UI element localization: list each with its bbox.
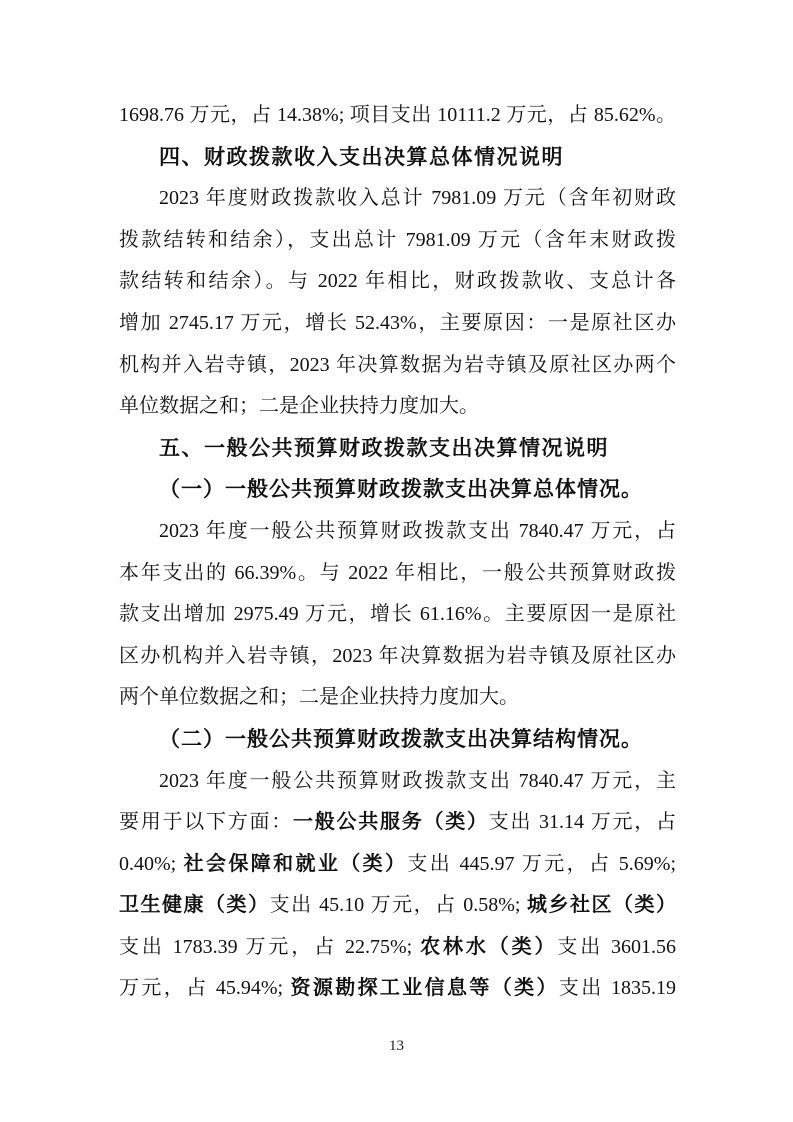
text-segment: 机构并入岩寺镇，2023 年决算数据为岩寺镇及原社区办两个 xyxy=(119,354,676,376)
text-segment: 2023 年度一般公共预算财政拨款支出 7840.47 万元，占 xyxy=(159,520,676,542)
text-line: 增加 2745.17 万元，增长 52.43%，主要原因：一是原社区办 xyxy=(119,303,676,345)
text-segment: 支出 1835.19 xyxy=(559,977,676,999)
text-segment: 0.40%; xyxy=(119,853,184,875)
document-body: 1698.76 万元，占 14.38%; 项目支出 10111.2 万元，占 8… xyxy=(119,95,676,1010)
text-line: 本年支出的 66.39%。与 2022 年相比，一般公共预算财政拨 xyxy=(119,553,676,595)
bold-term: 城乡社区（类） xyxy=(527,894,676,916)
text-line: 区办机构并入岩寺镇，2023 年决算数据为岩寺镇及原社区办 xyxy=(119,636,676,678)
text-line: 款支出增加 2975.49 万元，增长 61.16%。主要原因一是原社 xyxy=(119,594,676,636)
text-segment: 要用于以下方面： xyxy=(119,811,293,833)
text-line: 1698.76 万元，占 14.38%; 项目支出 10111.2 万元，占 8… xyxy=(119,95,676,137)
text-segment: 2023 年度一般公共预算财政拨款支出 7840.47 万元，主 xyxy=(159,770,676,792)
text-segment: 2023 年度财政拨款收入总计 7981.09 万元（含年初财政 xyxy=(159,187,676,209)
text-segment: 万元，占 45.94%; xyxy=(119,977,290,999)
text-segment: 单位数据之和；二是企业扶持力度加大。 xyxy=(119,395,479,417)
text-line: 0.40%; 社会保障和就业（类）支出 445.97 万元，占 5.69%; xyxy=(119,844,676,886)
text-line: 机构并入岩寺镇，2023 年决算数据为岩寺镇及原社区办两个 xyxy=(119,345,676,387)
text-segment: 支出 3601.56 xyxy=(557,936,676,958)
text-segment: 支出 31.14 万元，占 xyxy=(489,811,676,833)
text-segment: 支出 445.97 万元，占 5.69%; xyxy=(407,853,676,875)
page-number: 13 xyxy=(0,1038,793,1055)
text-segment: 拨款结转和结余），支出总计 7981.09 万元（含年末财政拨 xyxy=(119,229,676,251)
text-line: 2023 年度一般公共预算财政拨款支出 7840.47 万元，主 xyxy=(119,761,676,803)
bold-term: 社会保障和就业（类） xyxy=(184,853,408,875)
text-segment: 四、财政拨款收入支出决算总体情况说明 xyxy=(159,146,564,169)
bold-term: 一般公共服务（类） xyxy=(293,811,489,833)
text-segment: 1698.76 万元，占 14.38%; 项目支出 10111.2 万元，占 8… xyxy=(119,104,676,126)
text-segment: 支出 1783.39 万元，占 22.75%; xyxy=(119,936,420,958)
heading-line: （二）一般公共预算财政拨款支出决算结构情况。 xyxy=(119,719,676,761)
heading-line: 四、财政拨款收入支出决算总体情况说明 xyxy=(119,137,676,179)
text-segment: 本年支出的 66.39%。与 2022 年相比，一般公共预算财政拨 xyxy=(119,562,676,584)
text-line: 拨款结转和结余），支出总计 7981.09 万元（含年末财政拨 xyxy=(119,220,676,262)
text-segment: （二）一般公共预算财政拨款支出决算结构情况。 xyxy=(159,727,643,751)
heading-line: （一）一般公共预算财政拨款支出决算总体情况。 xyxy=(119,469,676,511)
text-segment: 五、一般公共预算财政拨款支出决算情况说明 xyxy=(159,437,609,460)
text-segment: 增加 2745.17 万元，增长 52.43%，主要原因：一是原社区办 xyxy=(119,312,676,334)
text-segment: 款结转和结余）。与 2022 年相比，财政拨款收、支总计各 xyxy=(119,270,676,292)
heading-line: 五、一般公共预算财政拨款支出决算情况说明 xyxy=(119,428,676,470)
text-line: 支出 1783.39 万元，占 22.75%; 农林水（类）支出 3601.56 xyxy=(119,927,676,969)
text-line: 要用于以下方面：一般公共服务（类）支出 31.14 万元，占 xyxy=(119,802,676,844)
bold-term: 农林水（类） xyxy=(420,936,557,958)
text-segment: 支出 45.10 万元，占 0.58%; xyxy=(270,894,527,916)
text-segment: 款支出增加 2975.49 万元，增长 61.16%。主要原因一是原社 xyxy=(119,603,676,625)
bold-term: 卫生健康（类） xyxy=(119,894,270,916)
text-line: 万元，占 45.94%; 资源勘探工业信息等（类）支出 1835.19 xyxy=(119,968,676,1010)
text-segment: 区办机构并入岩寺镇，2023 年决算数据为岩寺镇及原社区办 xyxy=(119,645,676,667)
text-line: 两个单位数据之和；二是企业扶持力度加大。 xyxy=(119,677,676,719)
text-line: 单位数据之和；二是企业扶持力度加大。 xyxy=(119,386,676,428)
text-segment: （一）一般公共预算财政拨款支出决算总体情况。 xyxy=(159,477,643,501)
document-page: 1698.76 万元，占 14.38%; 项目支出 10111.2 万元，占 8… xyxy=(0,0,793,1122)
text-line: 2023 年度一般公共预算财政拨款支出 7840.47 万元，占 xyxy=(119,511,676,553)
text-line: 2023 年度财政拨款收入总计 7981.09 万元（含年初财政 xyxy=(119,178,676,220)
text-segment: 两个单位数据之和；二是企业扶持力度加大。 xyxy=(119,686,519,708)
text-line: 卫生健康（类）支出 45.10 万元，占 0.58%; 城乡社区（类） xyxy=(119,885,676,927)
bold-term: 资源勘探工业信息等（类） xyxy=(290,977,558,999)
text-line: 款结转和结余）。与 2022 年相比，财政拨款收、支总计各 xyxy=(119,261,676,303)
